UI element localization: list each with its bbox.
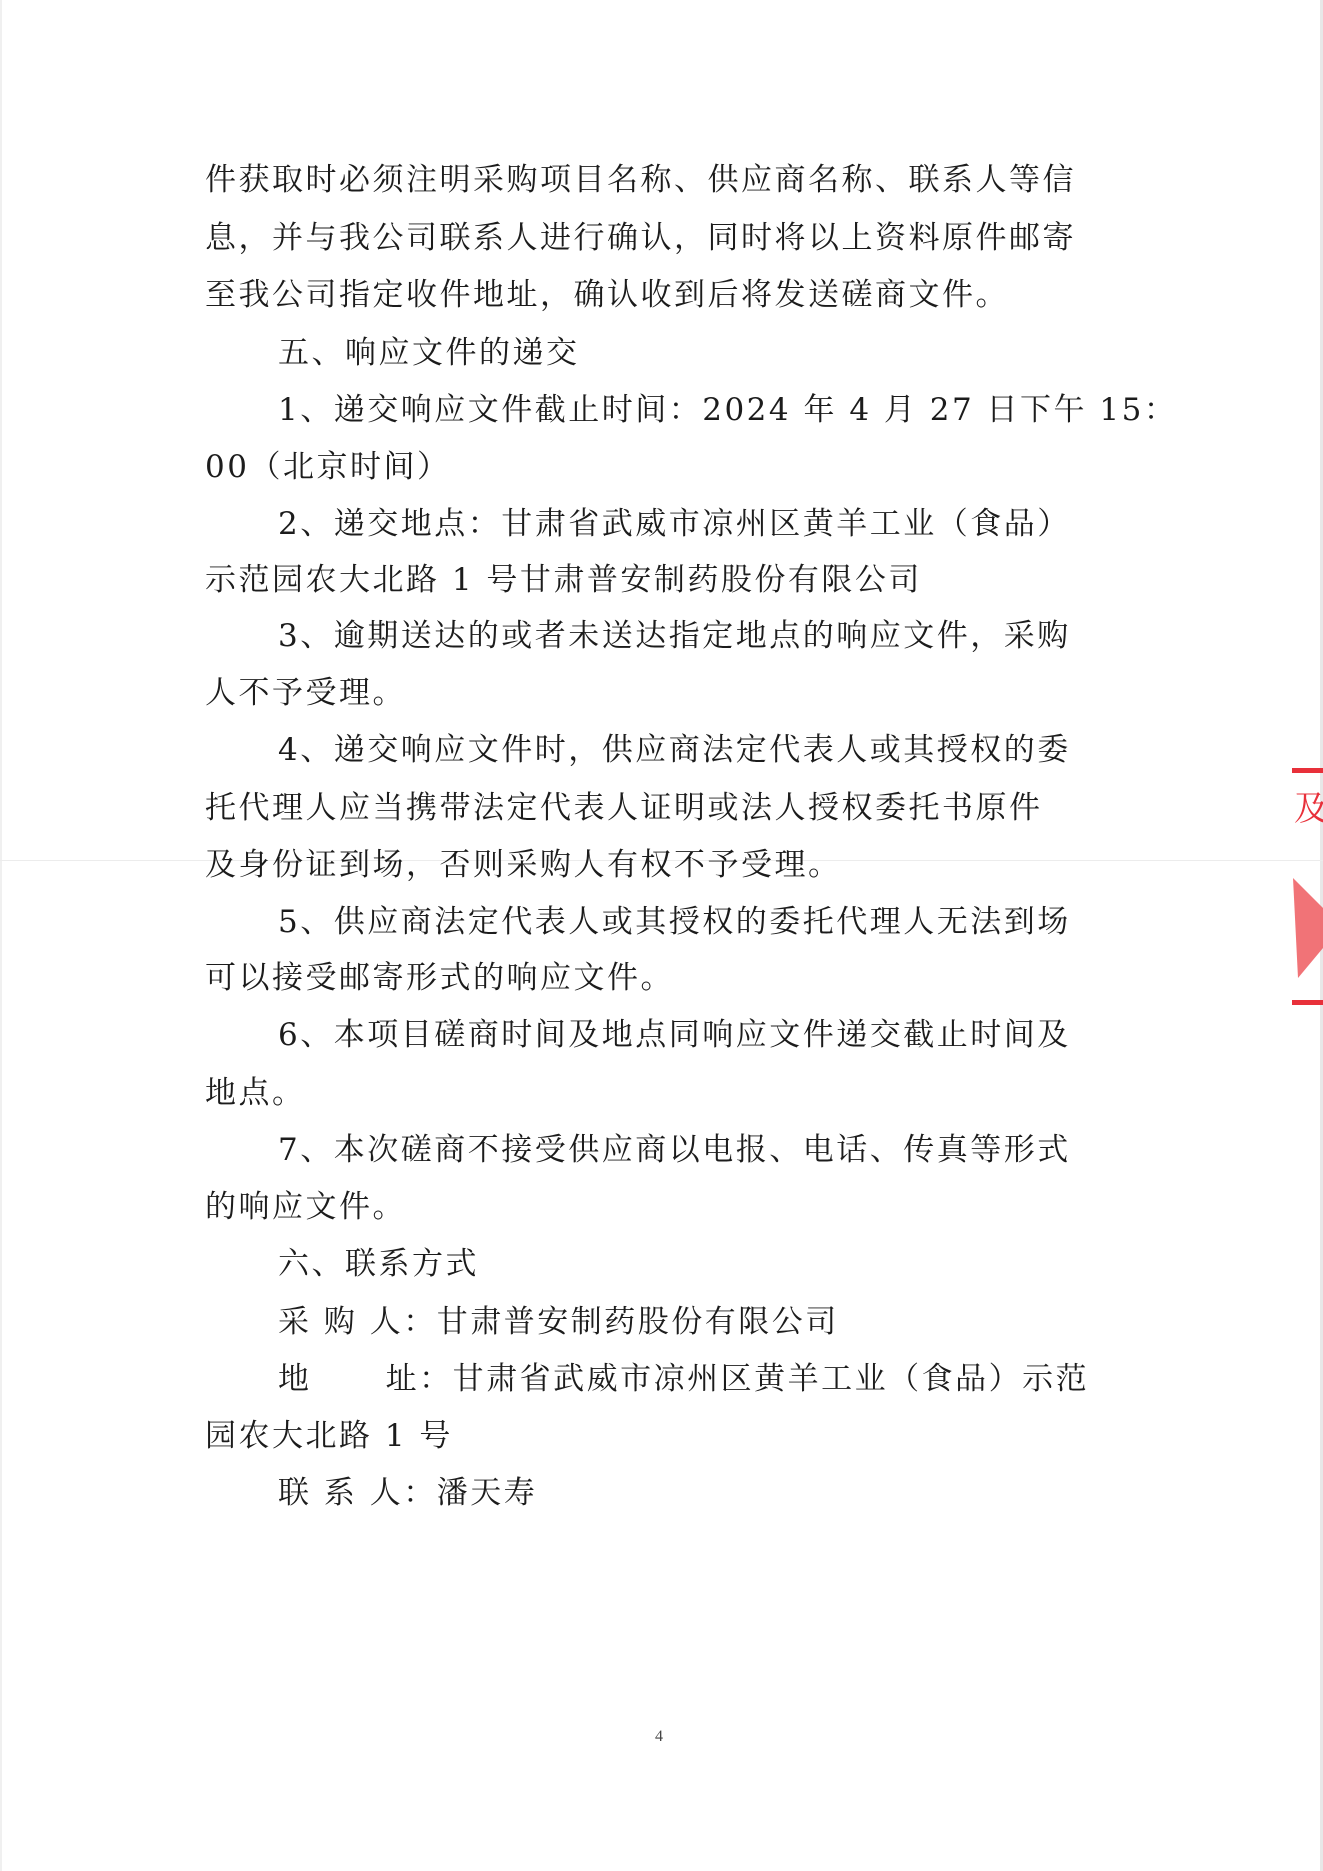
body-line: 及身份证到场，否则采购人有权不予受理。 [205, 845, 842, 885]
body-line: 6、本项目磋商时间及地点同响应文件递交截止时间及 [278, 1015, 1071, 1055]
body-line: 件获取时必须注明采购项目名称、供应商名称、联系人等信 [205, 160, 1076, 200]
section-heading-contact: 六、联系方式 [278, 1244, 479, 1284]
body-line: 7、本次磋商不接受供应商以电报、电话、传真等形式 [278, 1130, 1071, 1170]
page-number: 4 [655, 1728, 663, 1746]
body-line: 5、供应商法定代表人或其授权的委托代理人无法到场 [278, 902, 1071, 942]
body-line: 托代理人应当携带法定代表人证明或法人授权委托书原件 [205, 788, 1043, 828]
body-line: 1、递交响应文件截止时间：2024 年 4 月 27 日下午 15： [278, 390, 1177, 430]
body-line: 示范园农大北路 1 号甘肃普安制药股份有限公司 [205, 560, 922, 600]
red-seal-stamp: 及 [1290, 758, 1323, 1018]
contact-address: 地 址：甘肃省武威市凉州区黄羊工业（食品）示范 [278, 1359, 1089, 1399]
body-line: 00（北京时间） [205, 447, 450, 487]
svg-text:及: 及 [1294, 789, 1323, 829]
body-line: 息，并与我公司联系人进行确认，同时将以上资料原件邮寄 [205, 218, 1076, 258]
contact-purchaser: 采 购 人：甘肃普安制药股份有限公司 [278, 1302, 839, 1342]
body-line: 地点。 [205, 1073, 306, 1113]
scan-edge-left [0, 0, 2, 1871]
body-line: 2、递交地点：甘肃省武威市凉州区黄羊工业（食品） [278, 504, 1071, 544]
contact-person: 联 系 人：潘天寿 [278, 1473, 537, 1513]
body-line: 4、递交响应文件时，供应商法定代表人或其授权的委 [278, 730, 1071, 770]
body-line: 至我公司指定收件地址，确认收到后将发送磋商文件。 [205, 275, 1009, 315]
document-page: 件获取时必须注明采购项目名称、供应商名称、联系人等信 息，并与我公司联系人进行确… [0, 0, 1323, 1871]
body-line: 人不予受理。 [205, 673, 406, 713]
contact-address-cont: 园农大北路 1 号 [205, 1416, 453, 1456]
section-heading-submission: 五、响应文件的递交 [278, 333, 580, 373]
body-line: 的响应文件。 [205, 1187, 406, 1227]
body-line: 可以接受邮寄形式的响应文件。 [205, 958, 674, 998]
body-line: 3、逾期送达的或者未送达指定地点的响应文件，采购 [278, 616, 1071, 656]
